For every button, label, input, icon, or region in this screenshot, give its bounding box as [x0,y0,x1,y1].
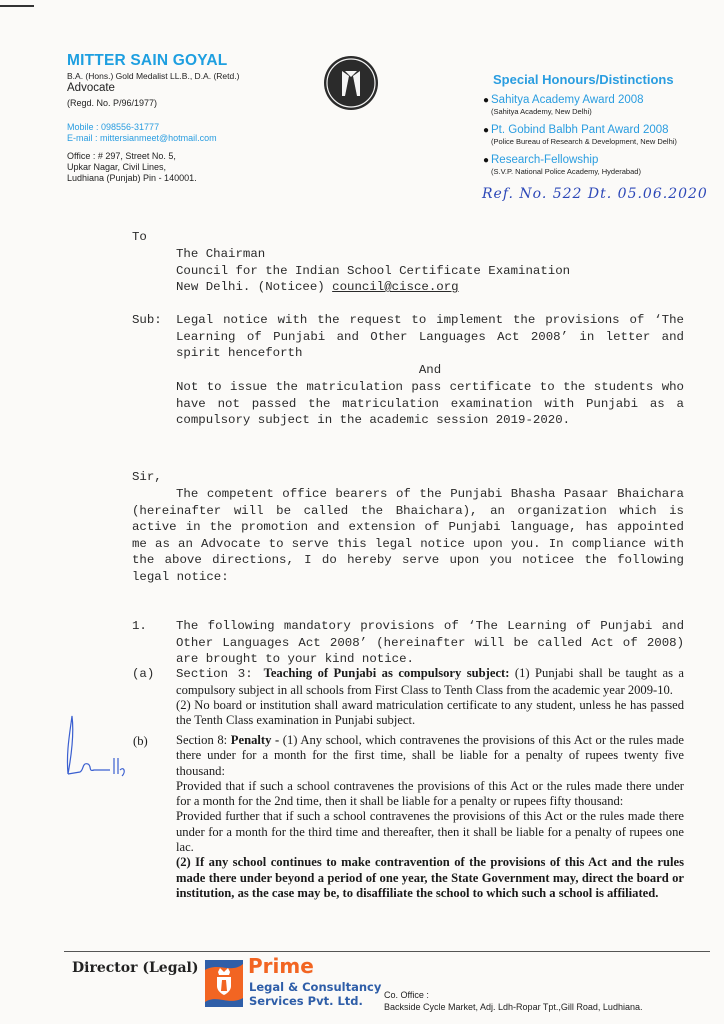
office-address: Office : # 297, Street No. 5, Upkar Naga… [67,151,197,184]
section-b-label: (b) [133,734,148,749]
bullet-icon: ● [483,124,491,147]
intro-paragraph: The competent office bearers of the Punj… [132,486,684,586]
section-prefix: Section 3: [176,667,253,681]
registration-number: (Regd. No. P/96/1977) [67,98,157,108]
subject-and: And [176,362,684,379]
honour-source: (Police Bureau of Research & Development… [491,137,677,147]
section-proviso: Provided further that if such a school c… [176,809,684,855]
email-address: E-mail : mittersianmeet@hotmail.com [67,133,217,143]
recipient-line: The Chairman [176,246,570,263]
salutation: Sir, [132,469,162,486]
subject-text-2: Not to issue the matriculation pass cert… [176,379,684,429]
handwritten-signature-icon [58,712,138,782]
recipient-address: The Chairman Council for the Indian Scho… [176,246,570,296]
honour-source: (S.V.P. National Police Academy, Hyderab… [491,167,641,177]
prime-crown-logo-icon [205,960,243,1007]
section-heading: Penalty - [231,733,279,747]
recipient-city: New Delhi. (Noticee) [176,280,332,294]
point-number: 1. [132,618,147,635]
footer-divider [64,951,710,952]
director-title: Director (Legal) [72,960,199,976]
company-name: Prime [248,954,314,978]
co-office-label: Co. Office : [384,990,429,1000]
honour-title: Pt. Gobind Balbh Pant Award 2008 [491,124,677,137]
recipient-email-link[interactable]: council@cisce.org [332,280,458,294]
section-clause-2: (2) If any school continues to make cont… [176,855,684,901]
mobile-number: Mobile : 098556-31777 [67,122,159,132]
office-line: Upkar Nagar, Civil Lines, [67,162,197,173]
bullet-icon: ● [483,94,491,117]
point-text: The following mandatory provisions of ‘T… [176,618,684,668]
recipient-line: New Delhi. (Noticee) council@cisce.org [176,279,570,296]
office-line: Ludhiana (Punjab) Pin - 140001. [67,173,197,184]
honour-source: (Sahitya Academy, New Delhi) [491,107,644,117]
honours-list: ● Sahitya Academy Award 2008 (Sahitya Ac… [483,94,723,184]
page-edge-mark [0,5,34,7]
section-a-label: (a) [132,666,154,683]
to-label: To [132,229,147,246]
section-proviso: Provided that if such a school contraven… [176,779,684,810]
honour-item: ● Pt. Gobind Balbh Pant Award 2008 (Poli… [483,124,723,147]
section-heading: Teaching of Punjabi as compulsory subjec… [264,666,510,680]
advocate-role: Advocate [67,82,115,94]
handwritten-reference: Ref. No. 522 Dt. 05.06.2020 [482,186,708,202]
honour-title: Sahitya Academy Award 2008 [491,94,644,107]
advocate-qualifications: B.A. (Hons.) Gold Medalist LL.B., D.A. (… [67,71,239,81]
co-office-address: Backside Cycle Market, Adj. Ldh-Ropar Tp… [384,1002,642,1012]
honour-item: ● Sahitya Academy Award 2008 (Sahitya Ac… [483,94,723,117]
recipient-line: Council for the Indian School Certificat… [176,263,570,280]
honour-title: Research-Fellowship [491,154,641,167]
office-line: Office : # 297, Street No. 5, [67,151,197,162]
subject-text: Legal notice with the request to impleme… [176,312,684,362]
section-body: (2) No board or institution shall award … [176,698,684,729]
subject-label: Sub: [132,312,162,329]
section-b-text: Section 8: Penalty - (1) Any school, whi… [176,733,684,901]
section-a-text: Section 3: Teaching of Punjabi as compul… [176,666,684,728]
honours-title: Special Honours/Distinctions [493,72,674,87]
honour-item: ● Research-Fellowship (S.V.P. National P… [483,154,723,177]
advocate-name: MITTER SAIN GOYAL [67,52,227,70]
company-subtitle-line: Legal & Consultancy [249,980,381,994]
bullet-icon: ● [483,154,491,177]
company-subtitle-line: Services Pvt. Ltd. [249,994,381,1008]
advocate-band-emblem-icon [323,55,379,111]
company-subtitle: Legal & Consultancy Services Pvt. Ltd. [249,980,381,1008]
section-prefix: Section 8: [176,733,231,747]
